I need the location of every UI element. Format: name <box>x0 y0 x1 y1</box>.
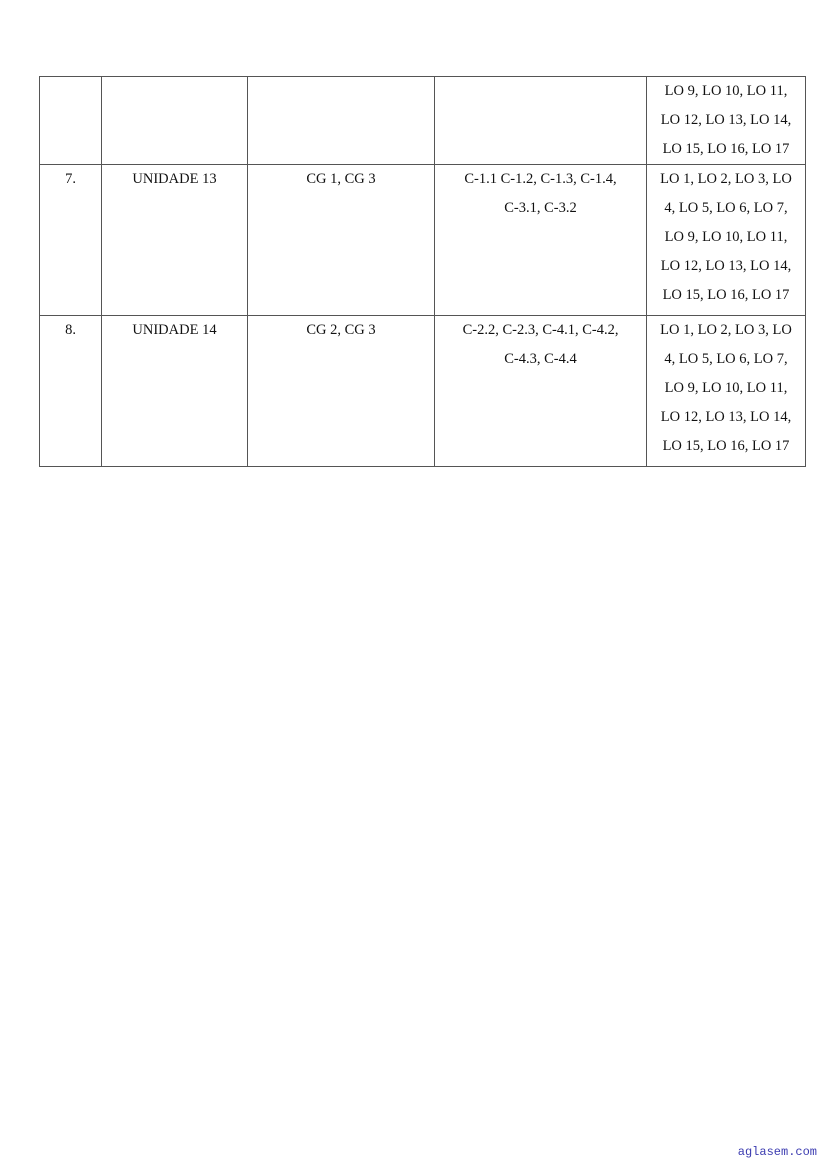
cg-cell: CG 1, CG 3 <box>248 165 435 316</box>
cell-line: C-3.1, C-3.2 <box>439 194 642 223</box>
cell-line: 4, LO 5, LO 6, LO 7, <box>651 345 801 374</box>
cg-cell: CG 2, CG 3 <box>248 316 435 467</box>
cg-cell <box>248 77 435 165</box>
learning-outcomes-cell: LO 1, LO 2, LO 3, LO4, LO 5, LO 6, LO 7,… <box>647 165 806 316</box>
watermark: aglasem.com <box>738 1145 817 1159</box>
cell-line: C-1.1 C-1.2, C-1.3, C-1.4, <box>439 165 642 194</box>
cell-line: LO 9, LO 10, LO 11, <box>651 374 801 403</box>
row-number: 7. <box>40 165 102 316</box>
cell-line: LO 9, LO 10, LO 11, <box>651 77 801 106</box>
unit-cell: UNIDADE 14 <box>102 316 248 467</box>
cell-line: LO 9, LO 10, LO 11, <box>651 223 801 252</box>
table-row: 7.UNIDADE 13CG 1, CG 3C-1.1 C-1.2, C-1.3… <box>40 165 806 316</box>
cell-line: LO 15, LO 16, LO 17 <box>651 281 801 310</box>
curriculum-table: LO 9, LO 10, LO 11,LO 12, LO 13, LO 14,L… <box>39 76 806 467</box>
cell-line: C-4.3, C-4.4 <box>439 345 642 374</box>
cell-line: LO 1, LO 2, LO 3, LO <box>651 165 801 194</box>
cell-line: LO 15, LO 16, LO 17 <box>651 432 801 461</box>
competences-cell <box>435 77 647 165</box>
table-row: 8.UNIDADE 14CG 2, CG 3C-2.2, C-2.3, C-4.… <box>40 316 806 467</box>
cell-line: 4, LO 5, LO 6, LO 7, <box>651 194 801 223</box>
row-number <box>40 77 102 165</box>
row-number: 8. <box>40 316 102 467</box>
cell-line: LO 12, LO 13, LO 14, <box>651 403 801 432</box>
competences-cell: C-1.1 C-1.2, C-1.3, C-1.4,C-3.1, C-3.2 <box>435 165 647 316</box>
cell-line: LO 15, LO 16, LO 17 <box>651 135 801 164</box>
unit-cell <box>102 77 248 165</box>
competences-cell: C-2.2, C-2.3, C-4.1, C-4.2,C-4.3, C-4.4 <box>435 316 647 467</box>
cell-line: C-2.2, C-2.3, C-4.1, C-4.2, <box>439 316 642 345</box>
cell-line: LO 12, LO 13, LO 14, <box>651 252 801 281</box>
learning-outcomes-cell: LO 9, LO 10, LO 11,LO 12, LO 13, LO 14,L… <box>647 77 806 165</box>
table-row: LO 9, LO 10, LO 11,LO 12, LO 13, LO 14,L… <box>40 77 806 165</box>
cell-line: LO 1, LO 2, LO 3, LO <box>651 316 801 345</box>
unit-cell: UNIDADE 13 <box>102 165 248 316</box>
learning-outcomes-cell: LO 1, LO 2, LO 3, LO4, LO 5, LO 6, LO 7,… <box>647 316 806 467</box>
cell-line: LO 12, LO 13, LO 14, <box>651 106 801 135</box>
